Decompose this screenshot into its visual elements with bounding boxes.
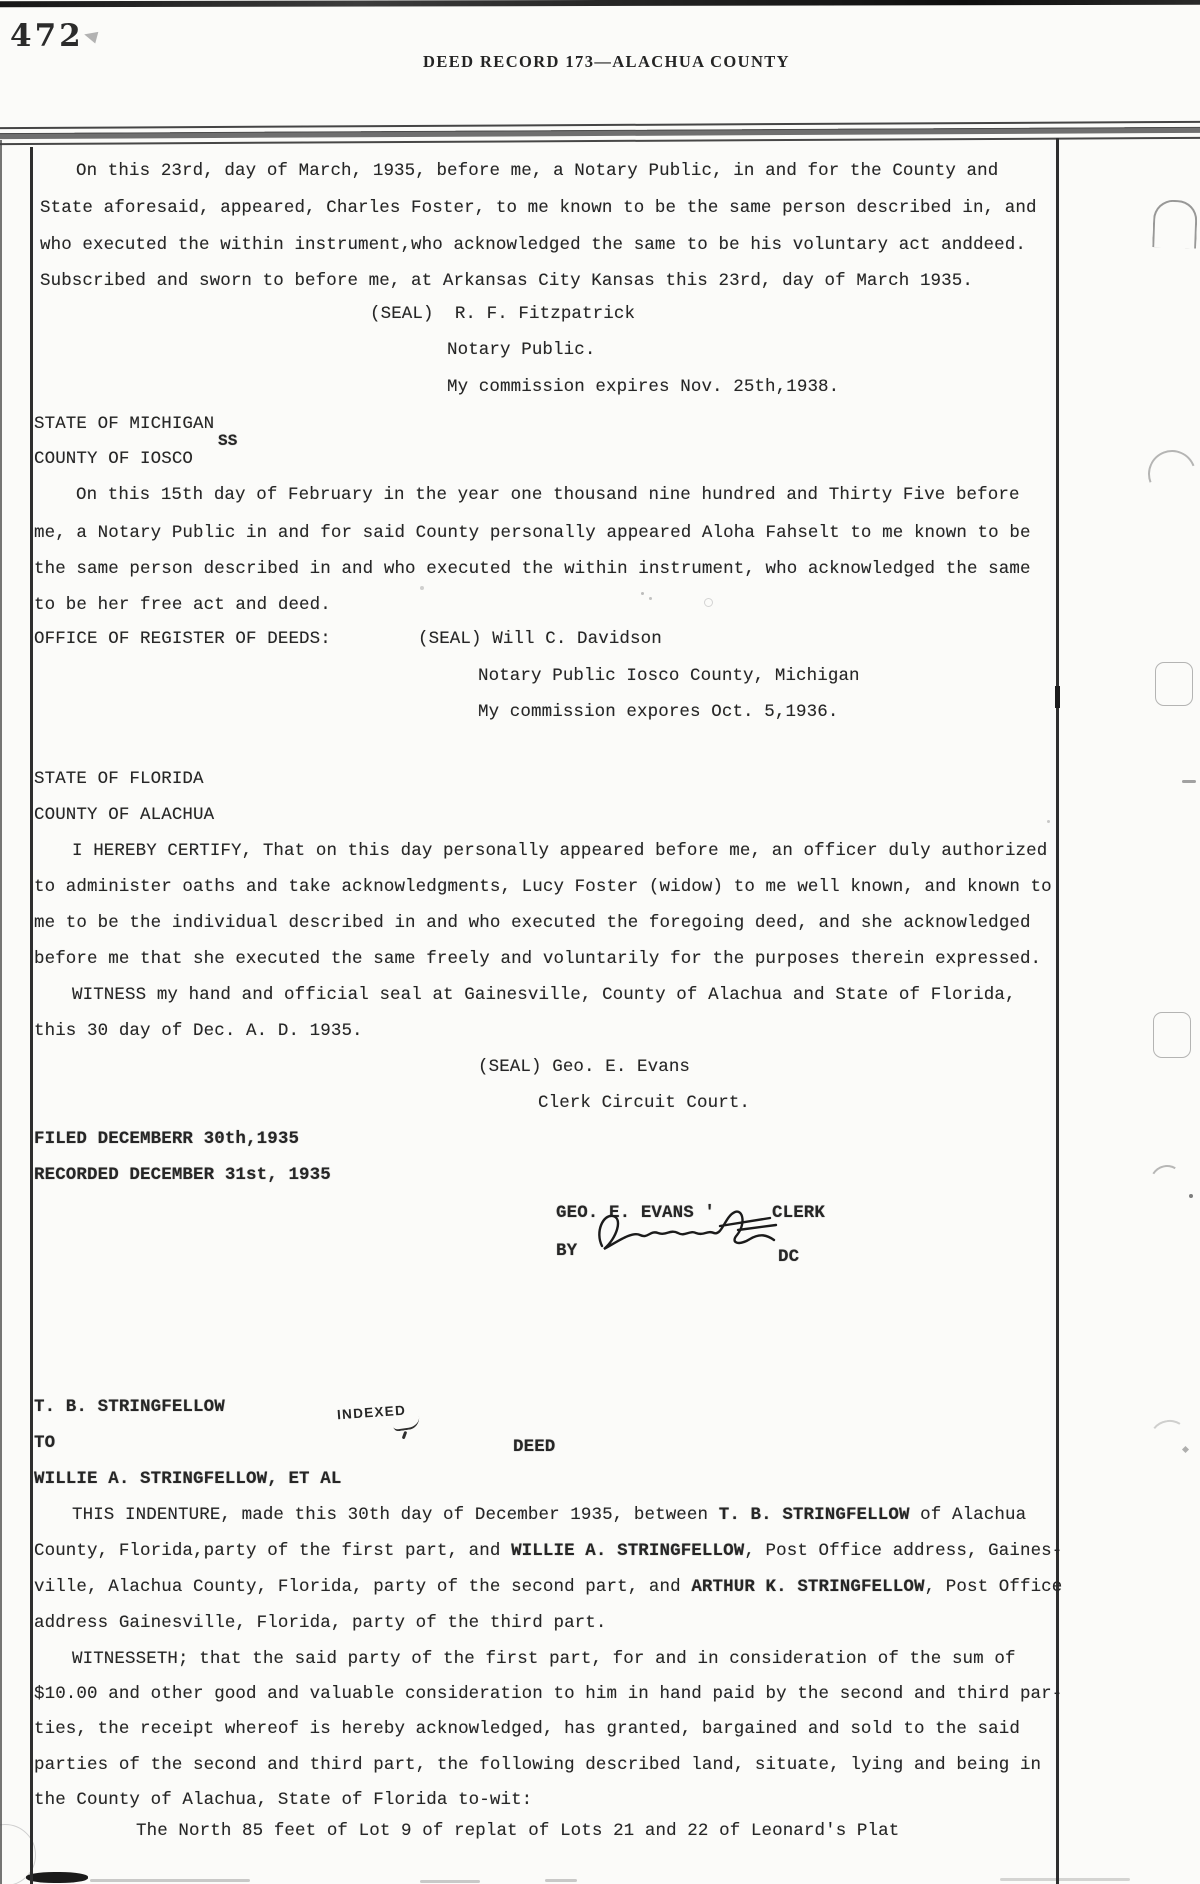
grantee-name-inline: WILLIE A. STRINGFELLOW — [511, 1541, 744, 1561]
kansas-ack-line: Subscribed and sworn to before me, at Ar… — [40, 272, 973, 291]
florida-clerk-title: Clerk Circuit Court. — [538, 1094, 750, 1113]
filed-date-line: FILED DECEMBERR 30th,1935 — [34, 1130, 299, 1149]
bottom-streak — [420, 1880, 480, 1883]
register-of-deeds-caption: OFFICE OF REGISTER OF DEEDS: — [34, 630, 331, 649]
binder-hole-artifact — [1155, 662, 1193, 706]
michigan-seal-signature: (SEAL) Will C. Davidson — [418, 630, 662, 649]
deed-record-page: 472 DEED RECORD 173—ALACHUA COUNTY On th… — [0, 0, 1200, 1884]
florida-certify-line: before me that she executed the same fre… — [34, 950, 1041, 969]
grantee-name-inline: ARTHUR K. STRINGFELLOW — [691, 1577, 924, 1597]
florida-witness-date-line: this 30 day of Dec. A. D. 1935. — [34, 1022, 363, 1041]
margin-speck — [1189, 1194, 1193, 1198]
page-curl-artifact — [1140, 442, 1200, 505]
recorded-date-line: RECORDED DECEMBER 31st, 1935 — [34, 1166, 331, 1185]
header-double-rule — [0, 119, 1200, 149]
bottom-streak — [1000, 1878, 1130, 1881]
indenture-text: , Post Office address, Gaines- — [744, 1541, 1062, 1561]
michigan-notary-title: Notary Public Iosco County, Michigan — [478, 667, 860, 686]
indenture-text: ville, Alachua County, Florida, party of… — [34, 1577, 691, 1597]
florida-certify-line: to administer oaths and take acknowledgm… — [34, 878, 1052, 897]
indenture-text: , Post Office — [925, 1577, 1063, 1597]
witnesseth-line: $10.00 and other good and valuable consi… — [34, 1685, 1062, 1704]
kansas-ack-line: State aforesaid, appeared, Charles Foste… — [40, 199, 1037, 218]
legal-description-line: The North 85 feet of Lot 9 of replat of … — [136, 1822, 899, 1841]
margin-dash-artifact — [1182, 780, 1196, 783]
scan-speck — [704, 598, 713, 607]
ink-nub-on-border — [1055, 686, 1060, 708]
witnesseth-line: ties, the receipt whereof is hereby ackn… — [34, 1720, 1020, 1739]
document-type-label: DEED — [513, 1438, 555, 1457]
scan-speck — [420, 586, 424, 590]
witnesseth-line: WITNESSETH; that the said party of the f… — [72, 1650, 1016, 1669]
margin-speck — [1182, 1446, 1189, 1453]
kansas-notary-title: Notary Public. — [447, 341, 595, 360]
scan-speck — [1047, 820, 1050, 823]
indexed-stamp-underline — [392, 1416, 420, 1432]
indenture-text: THIS INDENTURE, made this 30th day of De… — [72, 1505, 719, 1525]
michigan-ack-line: the same person described in and who exe… — [34, 560, 1031, 579]
michigan-county-caption: COUNTY OF IOSCO — [34, 450, 193, 469]
kansas-commission-line: My commission expires Nov. 25th,1938. — [447, 378, 839, 397]
indenture-line: County, Florida,party of the first part,… — [34, 1542, 1062, 1561]
florida-seal-signature: (SEAL) Geo. E. Evans — [478, 1058, 690, 1077]
bottom-streak — [90, 1879, 250, 1882]
smudge-arrow-artifact — [83, 29, 99, 44]
michigan-state-caption: STATE OF MICHIGAN — [34, 415, 214, 434]
left-page-border — [30, 147, 33, 1884]
witnesseth-line: the County of Alachua, State of Florida … — [34, 1791, 532, 1810]
michigan-ack-line: to be her free act and deed. — [34, 596, 331, 615]
bottom-streak — [545, 1879, 577, 1882]
scan-top-edge — [0, 0, 1200, 7]
bottom-ink-blob — [26, 1872, 88, 1883]
florida-county-caption: COUNTY OF ALACHUA — [34, 806, 214, 825]
binder-hole-artifact — [1153, 1012, 1191, 1058]
kansas-seal-signature: (SEAL) R. F. Fitzpatrick — [370, 305, 635, 324]
grantor-name: T. B. STRINGFELLOW — [34, 1398, 225, 1417]
by-label: BY — [556, 1242, 577, 1261]
indenture-line: address Gainesville, Florida, party of t… — [34, 1614, 607, 1633]
michigan-ack-line: me, a Notary Public in and for said Coun… — [34, 524, 1031, 543]
grantor-name-inline: T. B. STRINGFELLOW — [719, 1505, 910, 1525]
indenture-line: THIS INDENTURE, made this 30th day of De… — [72, 1506, 1026, 1525]
page-title: DEED RECORD 173—ALACHUA COUNTY — [423, 52, 790, 72]
far-left-scan-line — [0, 140, 2, 1884]
page-curl-artifact — [1146, 1161, 1187, 1202]
scan-speck — [649, 597, 652, 600]
kansas-ack-line: On this 23rd, day of March, 1935, before… — [76, 162, 998, 181]
deputy-clerk-signature — [586, 1200, 786, 1268]
florida-certify-line: me to be the individual described in and… — [34, 914, 1031, 933]
indenture-line: ville, Alachua County, Florida, party of… — [34, 1578, 1062, 1597]
michigan-commission-line: My commission expores Oct. 5,1936. — [478, 703, 838, 722]
kansas-ack-line: who executed the within instrument,who a… — [40, 236, 1026, 255]
indexed-stamp-tick — [402, 1431, 407, 1439]
florida-certify-line: I HEREBY CERTIFY, That on this day perso… — [72, 842, 1047, 861]
michigan-ss-mark: SS — [218, 433, 237, 451]
binder-ring-artifact — [1152, 199, 1198, 249]
michigan-ack-line: On this 15th day of February in the year… — [76, 486, 1020, 505]
indenture-text: of Alachua — [910, 1505, 1027, 1525]
page-number: 472 — [10, 18, 84, 54]
witnesseth-line: parties of the second and third part, th… — [34, 1756, 1041, 1775]
right-page-border — [1056, 138, 1059, 1884]
to-label: TO — [34, 1434, 55, 1453]
florida-state-caption: STATE OF FLORIDA — [34, 770, 204, 789]
indenture-text: County, Florida,party of the first part,… — [34, 1541, 511, 1561]
grantees-names: WILLIE A. STRINGFELLOW, ET AL — [34, 1470, 341, 1489]
florida-witness-line: WITNESS my hand and official seal at Gai… — [72, 986, 1016, 1005]
scan-speck — [641, 592, 644, 595]
